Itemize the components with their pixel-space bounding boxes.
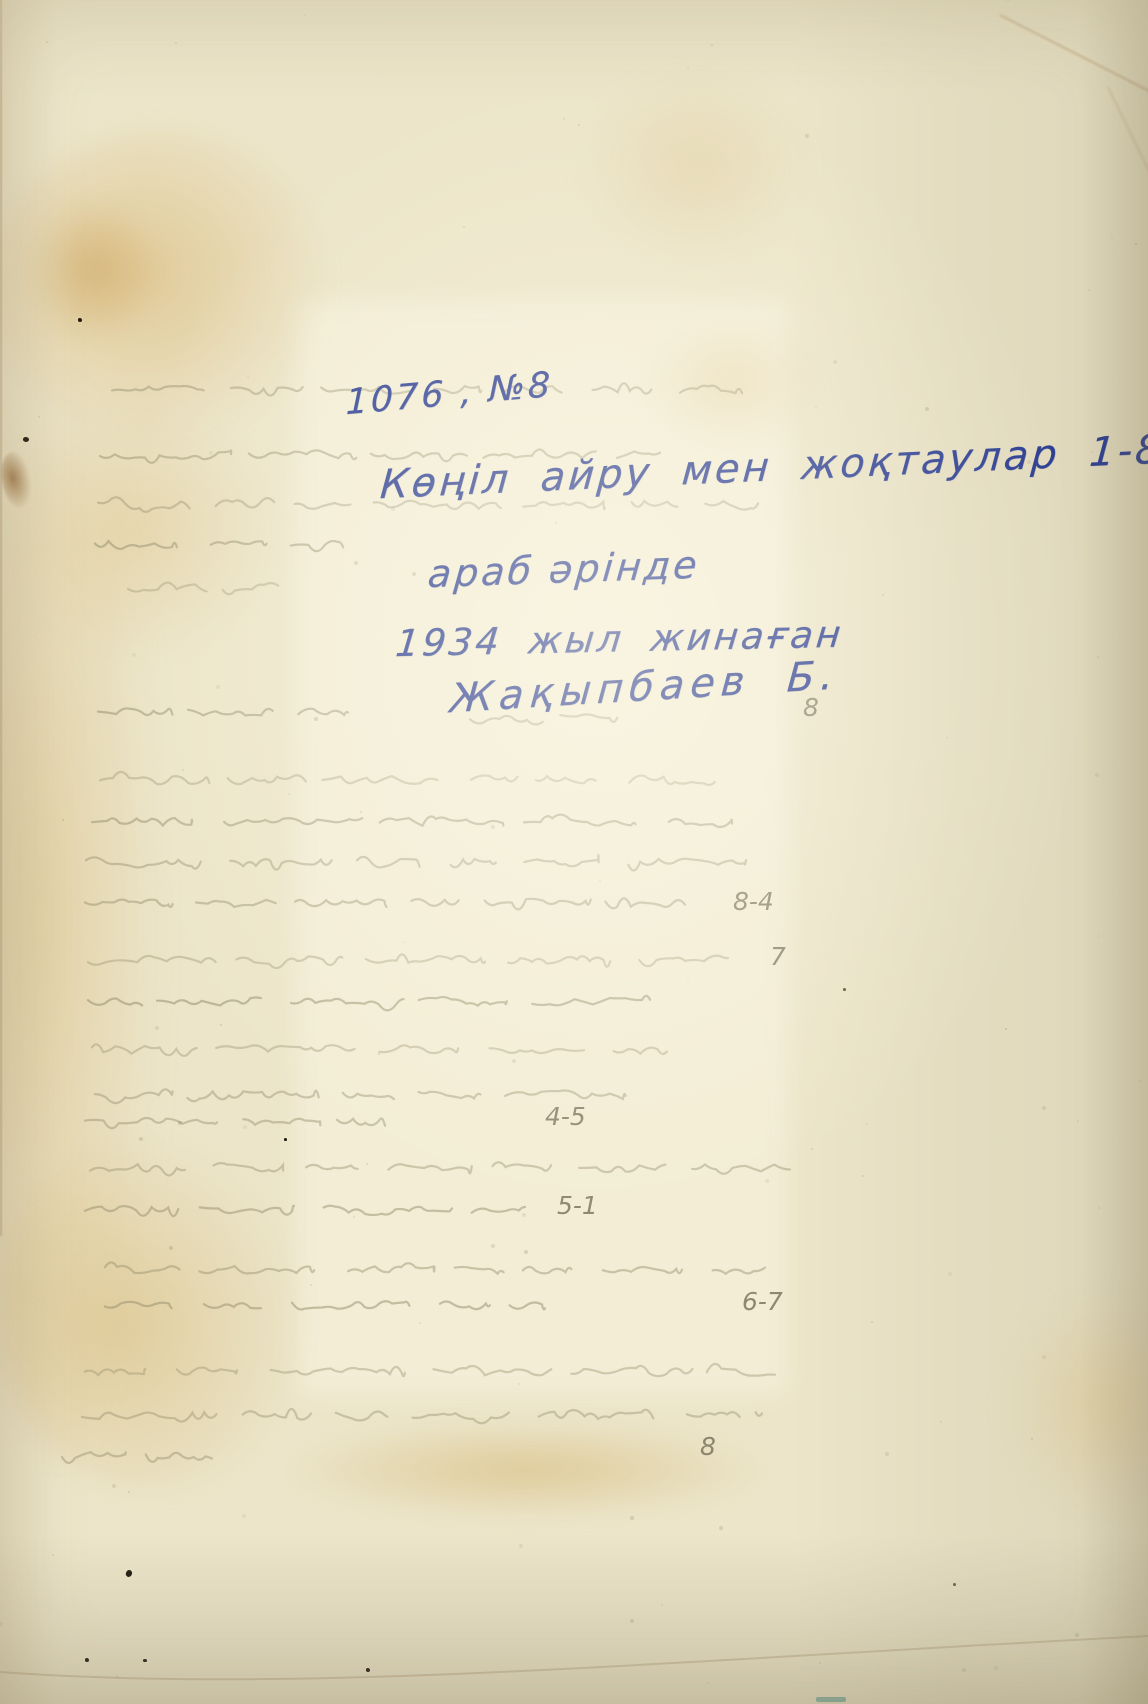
ink-speck	[953, 1583, 956, 1586]
ink-speck	[284, 1138, 287, 1141]
ink-speck	[78, 318, 82, 322]
ink-speck	[143, 1659, 147, 1662]
teal-edge-mark	[816, 1697, 846, 1702]
ink-speck	[366, 1668, 370, 1672]
crease-bottom	[0, 0, 1148, 1704]
ink-speck	[85, 1658, 89, 1662]
manuscript-page: 88-474-55-16-78 1076 , №8 Көңіл айру мен…	[0, 0, 1148, 1704]
ink-speck	[843, 988, 846, 991]
paper-grain	[0, 0, 2, 2]
ink-speck	[23, 437, 29, 442]
